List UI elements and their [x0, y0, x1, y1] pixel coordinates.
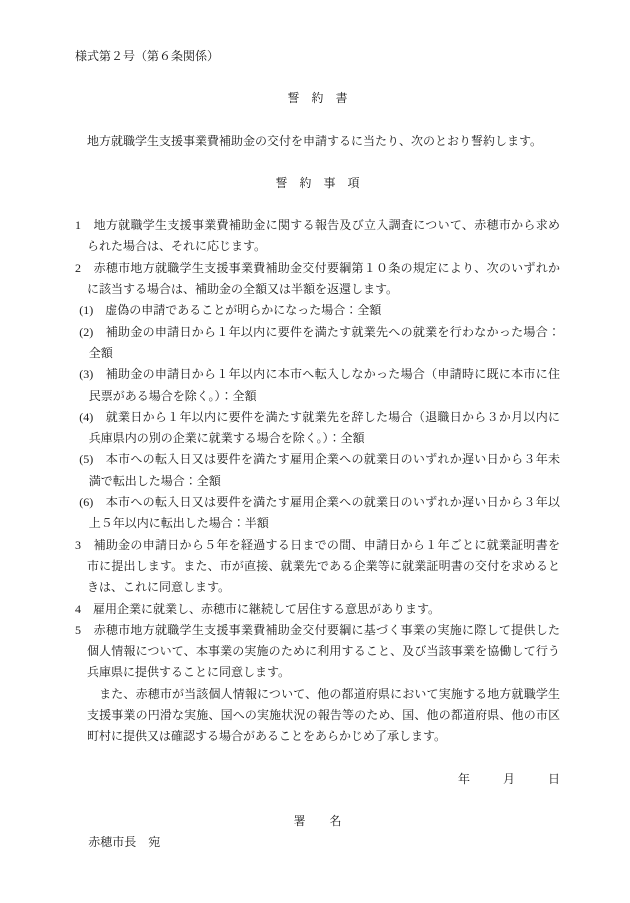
form-number: 様式第２号（第６条関係）	[75, 46, 560, 67]
pledge-item-4: 4 雇用企業に就業し、赤穂市に継続して居住する意思があります。	[75, 599, 560, 620]
pledge-items: 1 地方就職学生支援事業費補助金に関する報告及び立入調査について、赤穂市から求め…	[75, 215, 560, 747]
pledge-item-5: 5 赤穂市地方就職学生支援事業費補助金交付要綱に基づく事業の実施に際して提供した…	[75, 620, 560, 684]
pledge-item-2: 2 赤穂市地方就職学生支援事業費補助金交付要綱第１０条の規定により、次のいずれか…	[75, 258, 560, 301]
pledge-document-page: 様式第２号（第６条関係） 誓 約 書 地方就職学生支援事業費補助金の交付を申請す…	[0, 0, 630, 903]
pledge-item-1: 1 地方就職学生支援事業費補助金に関する報告及び立入調査について、赤穂市から求め…	[75, 215, 560, 258]
addressee: 赤穂市長 宛	[75, 832, 560, 853]
pledge-subitem-4: (4) 就業日から１年以内に要件を満たす就業先を辞した場合（退職日から３か月以内…	[75, 407, 560, 450]
date-line: 年月日	[75, 769, 560, 790]
date-month-label: 月	[503, 769, 515, 790]
document-content: 様式第２号（第６条関係） 誓 約 書 地方就職学生支援事業費補助金の交付を申請す…	[75, 46, 560, 854]
date-day-label: 日	[548, 769, 560, 790]
pledge-terms-heading: 誓 約 事 項	[75, 173, 560, 194]
pledge-item-5-paragraph-2: また、赤穂市が当該個人情報について、他の都道府県において実施する地方就職学生支援…	[75, 684, 560, 748]
signature-label: 署 名	[75, 811, 560, 832]
pledge-subitem-1: (1) 虚偽の申請であることが明らかになった場合：全額	[75, 300, 560, 321]
pledge-subitem-5: (5) 本市への転入日又は要件を満たす雇用企業への就業日のいずれか遅い日から３年…	[75, 449, 560, 492]
pledge-subitem-2: (2) 補助金の申請日から１年以内に要件を満たす就業先への就業を行わなかった場合…	[75, 322, 560, 365]
pledge-subitem-6: (6) 本市への転入日又は要件を満たす雇用企業への就業日のいずれか遅い日から３年…	[75, 492, 560, 535]
pledge-subitem-3: (3) 補助金の申請日から１年以内に本市へ転入しなかった場合（申請時に既に本市に…	[75, 364, 560, 407]
intro-paragraph: 地方就職学生支援事業費補助金の交付を申請するに当たり、次のとおり誓約します。	[75, 131, 560, 152]
document-title: 誓 約 書	[75, 88, 560, 109]
date-year-label: 年	[458, 772, 470, 786]
pledge-item-3: 3 補助金の申請日から５年を経過する日までの間、申請日から１年ごとに就業証明書を…	[75, 535, 560, 599]
